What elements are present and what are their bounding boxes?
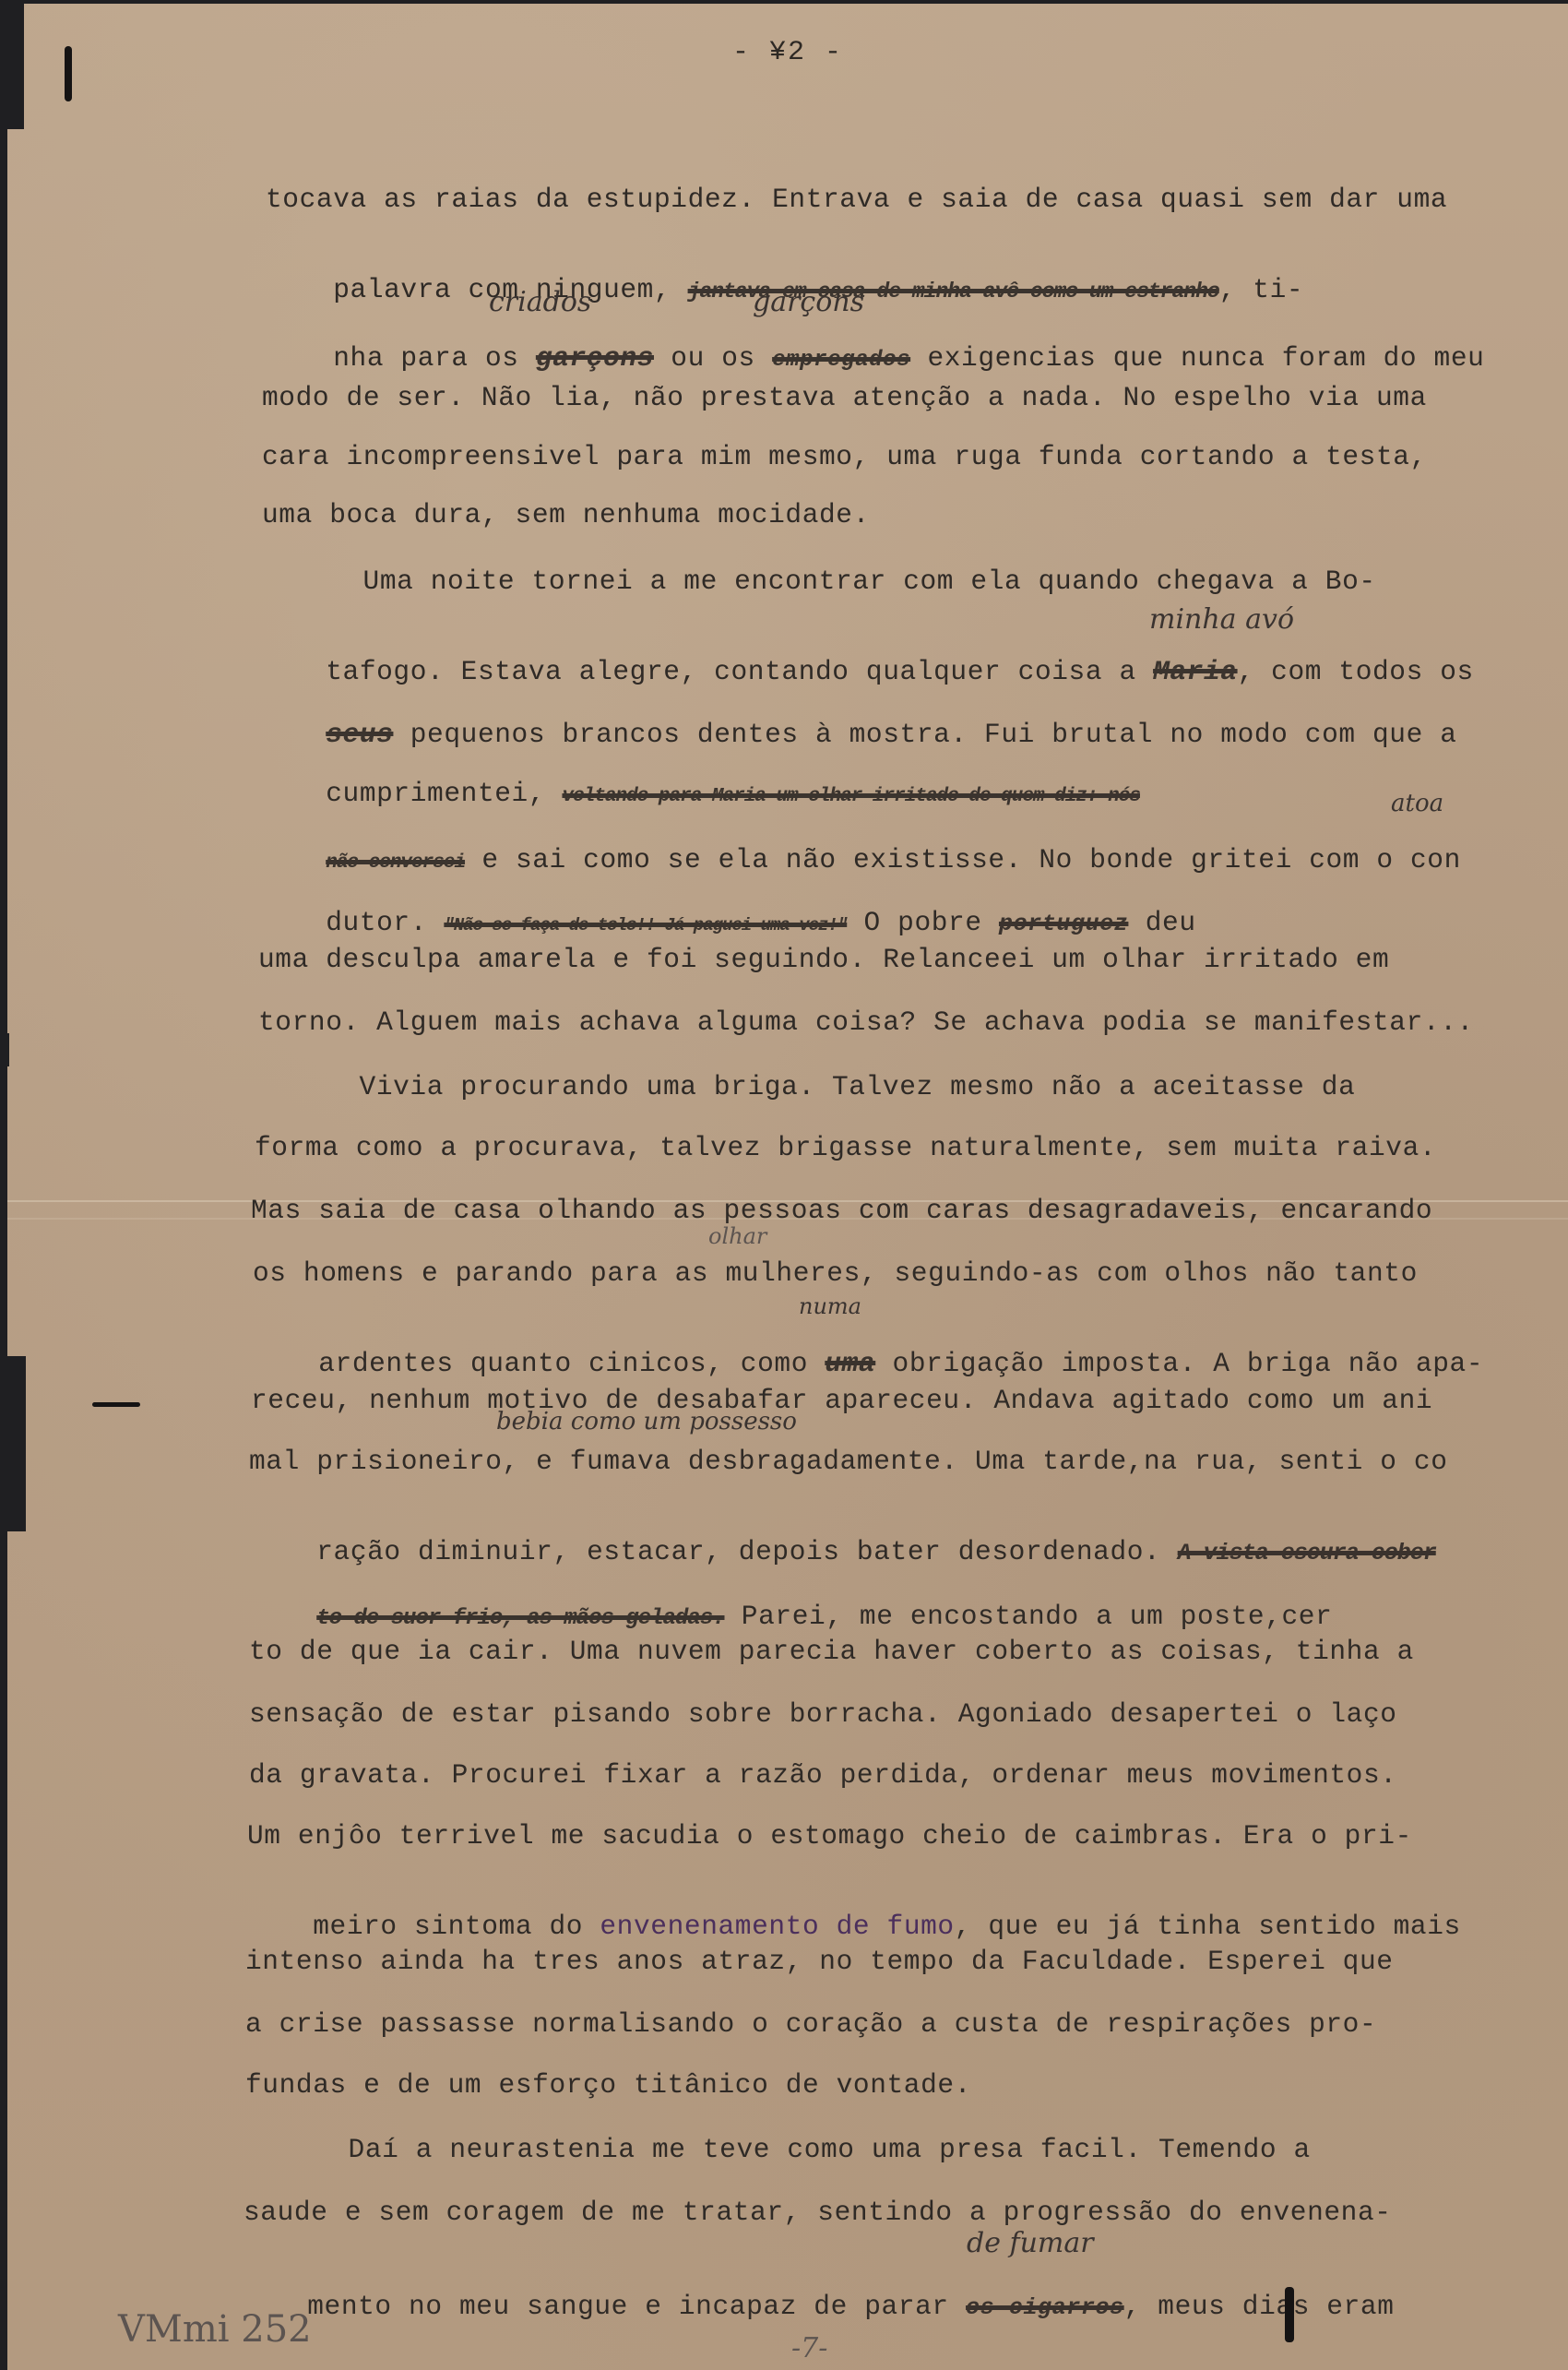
typed-text: Parei, me encostando a um poste,cer <box>725 1601 1333 1632</box>
typed-text: deu <box>1128 907 1195 938</box>
struck-text: portuguez <box>999 911 1128 937</box>
struck-text: A vista escura cober <box>1178 1540 1436 1566</box>
text-line: fundas e de um esforço titânico de vonta… <box>245 2072 971 2100</box>
typed-text: O pobre <box>847 907 999 938</box>
handwritten-correction: atoa <box>1391 790 1443 817</box>
handwritten-correction: numa <box>799 1293 861 1319</box>
handwritten-correction: garçons <box>753 286 864 318</box>
typed-text: , que eu já tinha sentido mais <box>955 1911 1461 1942</box>
typed-text: ração diminuir, estacar, depois bater de… <box>316 1536 1177 1567</box>
text-line: sensação de estar pisando sobre borracha… <box>249 1701 1397 1729</box>
typed-text: exigencias que nunca foram do meu <box>910 342 1484 374</box>
text-line: uma desculpa amarela e foi seguindo. Rel… <box>258 947 1389 974</box>
text-line: forma como a procurava, talvez brigasse … <box>255 1135 1436 1162</box>
typed-text: ardentes quanto cinicos, como <box>318 1348 825 1379</box>
page-number: - ¥2 - <box>7 37 1568 68</box>
struck-text: uma <box>825 1348 875 1379</box>
torn-edge <box>0 0 7 2370</box>
text-line: mal prisioneiro, e fumava desbragadament… <box>249 1448 1448 1476</box>
text-line: torno. Alguem mais achava alguma coisa? … <box>258 1009 1474 1037</box>
typed-text: meiro sintoma do <box>313 1911 600 1942</box>
handwritten-correction: bebia como um possesso <box>496 1408 797 1435</box>
typed-text: , meus dias eram <box>1124 2291 1395 2322</box>
typed-text: nha para os <box>333 342 536 374</box>
text-line: intenso ainda ha tres anos atraz, no tem… <box>245 1948 1394 1976</box>
text-line: Um enjôo terrivel me sacudia o estomago … <box>247 1823 1412 1851</box>
struck-text: Maria <box>1153 656 1238 687</box>
struck-text: seus <box>326 719 393 750</box>
text-line: cara incompreensivel para mim mesmo, uma… <box>262 444 1427 471</box>
text-line: Daí a neurastenia me teve como uma presa… <box>264 2137 1311 2164</box>
text-line: tocava as raias da estupidez. Entrava e … <box>266 186 1447 214</box>
ink-dash <box>92 1402 140 1407</box>
manuscript-page: - ¥2 - tocava as raias da estupidez. Ent… <box>7 4 1568 2370</box>
typed-text: e sai como se ela não existisse. No bond… <box>465 844 1461 875</box>
typed-text: , ti- <box>1219 274 1304 305</box>
text-line: Uma noite tornei a me encontrar com ela … <box>279 568 1376 596</box>
text-line: uma boca dura, sem nenhuma mocidade. <box>262 502 870 530</box>
ink-mark-vertical <box>1285 2287 1294 2342</box>
torn-edge <box>0 1356 26 1531</box>
typed-text: tafogo. Estava alegre, contando qualquer… <box>326 656 1153 687</box>
typed-text: obrigação imposta. A briga não apa- <box>875 1348 1483 1379</box>
text-line: a crise passasse normalisando o coração … <box>245 2011 1376 2039</box>
handwritten-correction: de fumar <box>967 2227 1094 2259</box>
struck-text: voltando para Maria um olhar irritado de… <box>562 786 1140 807</box>
text-line: to de que ia cair. Uma nuvem parecia hav… <box>249 1638 1414 1666</box>
handwritten-page-number: -7- <box>791 2332 827 2364</box>
struck-text: "Não se faça de tolo!! Já paguei uma vez… <box>444 915 847 935</box>
struck-text: não conversei <box>326 852 465 874</box>
struck-text: garçons <box>536 342 654 374</box>
text-line: os homens e parando para as mulheres, se… <box>253 1260 1418 1288</box>
handwritten-correction: criados <box>489 286 591 318</box>
text-line: saude e sem coragem de me tratar, sentin… <box>244 2199 1392 2227</box>
typed-text: , com todos os <box>1238 656 1474 687</box>
text-line: modo de ser. Não lia, não prestava atenç… <box>262 385 1427 412</box>
struck-text: empregados <box>772 348 910 373</box>
typed-text: ou os <box>654 342 772 374</box>
text-line: Vivia procurando uma briga. Talvez mesmo… <box>275 1074 1355 1102</box>
text-line: receu, nenhum motivo de desabafar aparec… <box>251 1387 1432 1415</box>
typed-text: mento no meu sangue e incapaz de parar <box>307 2291 966 2322</box>
typed-text: dutor. <box>326 907 444 938</box>
typed-text: cumprimentei, <box>326 778 562 809</box>
struck-text: os cigarros <box>966 2294 1124 2321</box>
typed-text-purple: envenenamento de fumo <box>600 1911 954 1942</box>
torn-edge <box>0 1033 9 1066</box>
torn-edge <box>0 0 1568 4</box>
struck-text: to de suor frio, as mãos geladas. <box>316 1606 724 1631</box>
handwritten-correction: olhar <box>708 1223 766 1249</box>
archive-mark: VMmi 252 <box>118 2308 312 2351</box>
typed-text: pequenos brancos dentes à mostra. Fui br… <box>393 719 1456 750</box>
text-line: Mas saia de casa olhando as pessoas com … <box>251 1197 1432 1225</box>
torn-edge <box>0 0 24 129</box>
text-line: da gravata. Procurei fixar a razão perdi… <box>249 1762 1397 1790</box>
